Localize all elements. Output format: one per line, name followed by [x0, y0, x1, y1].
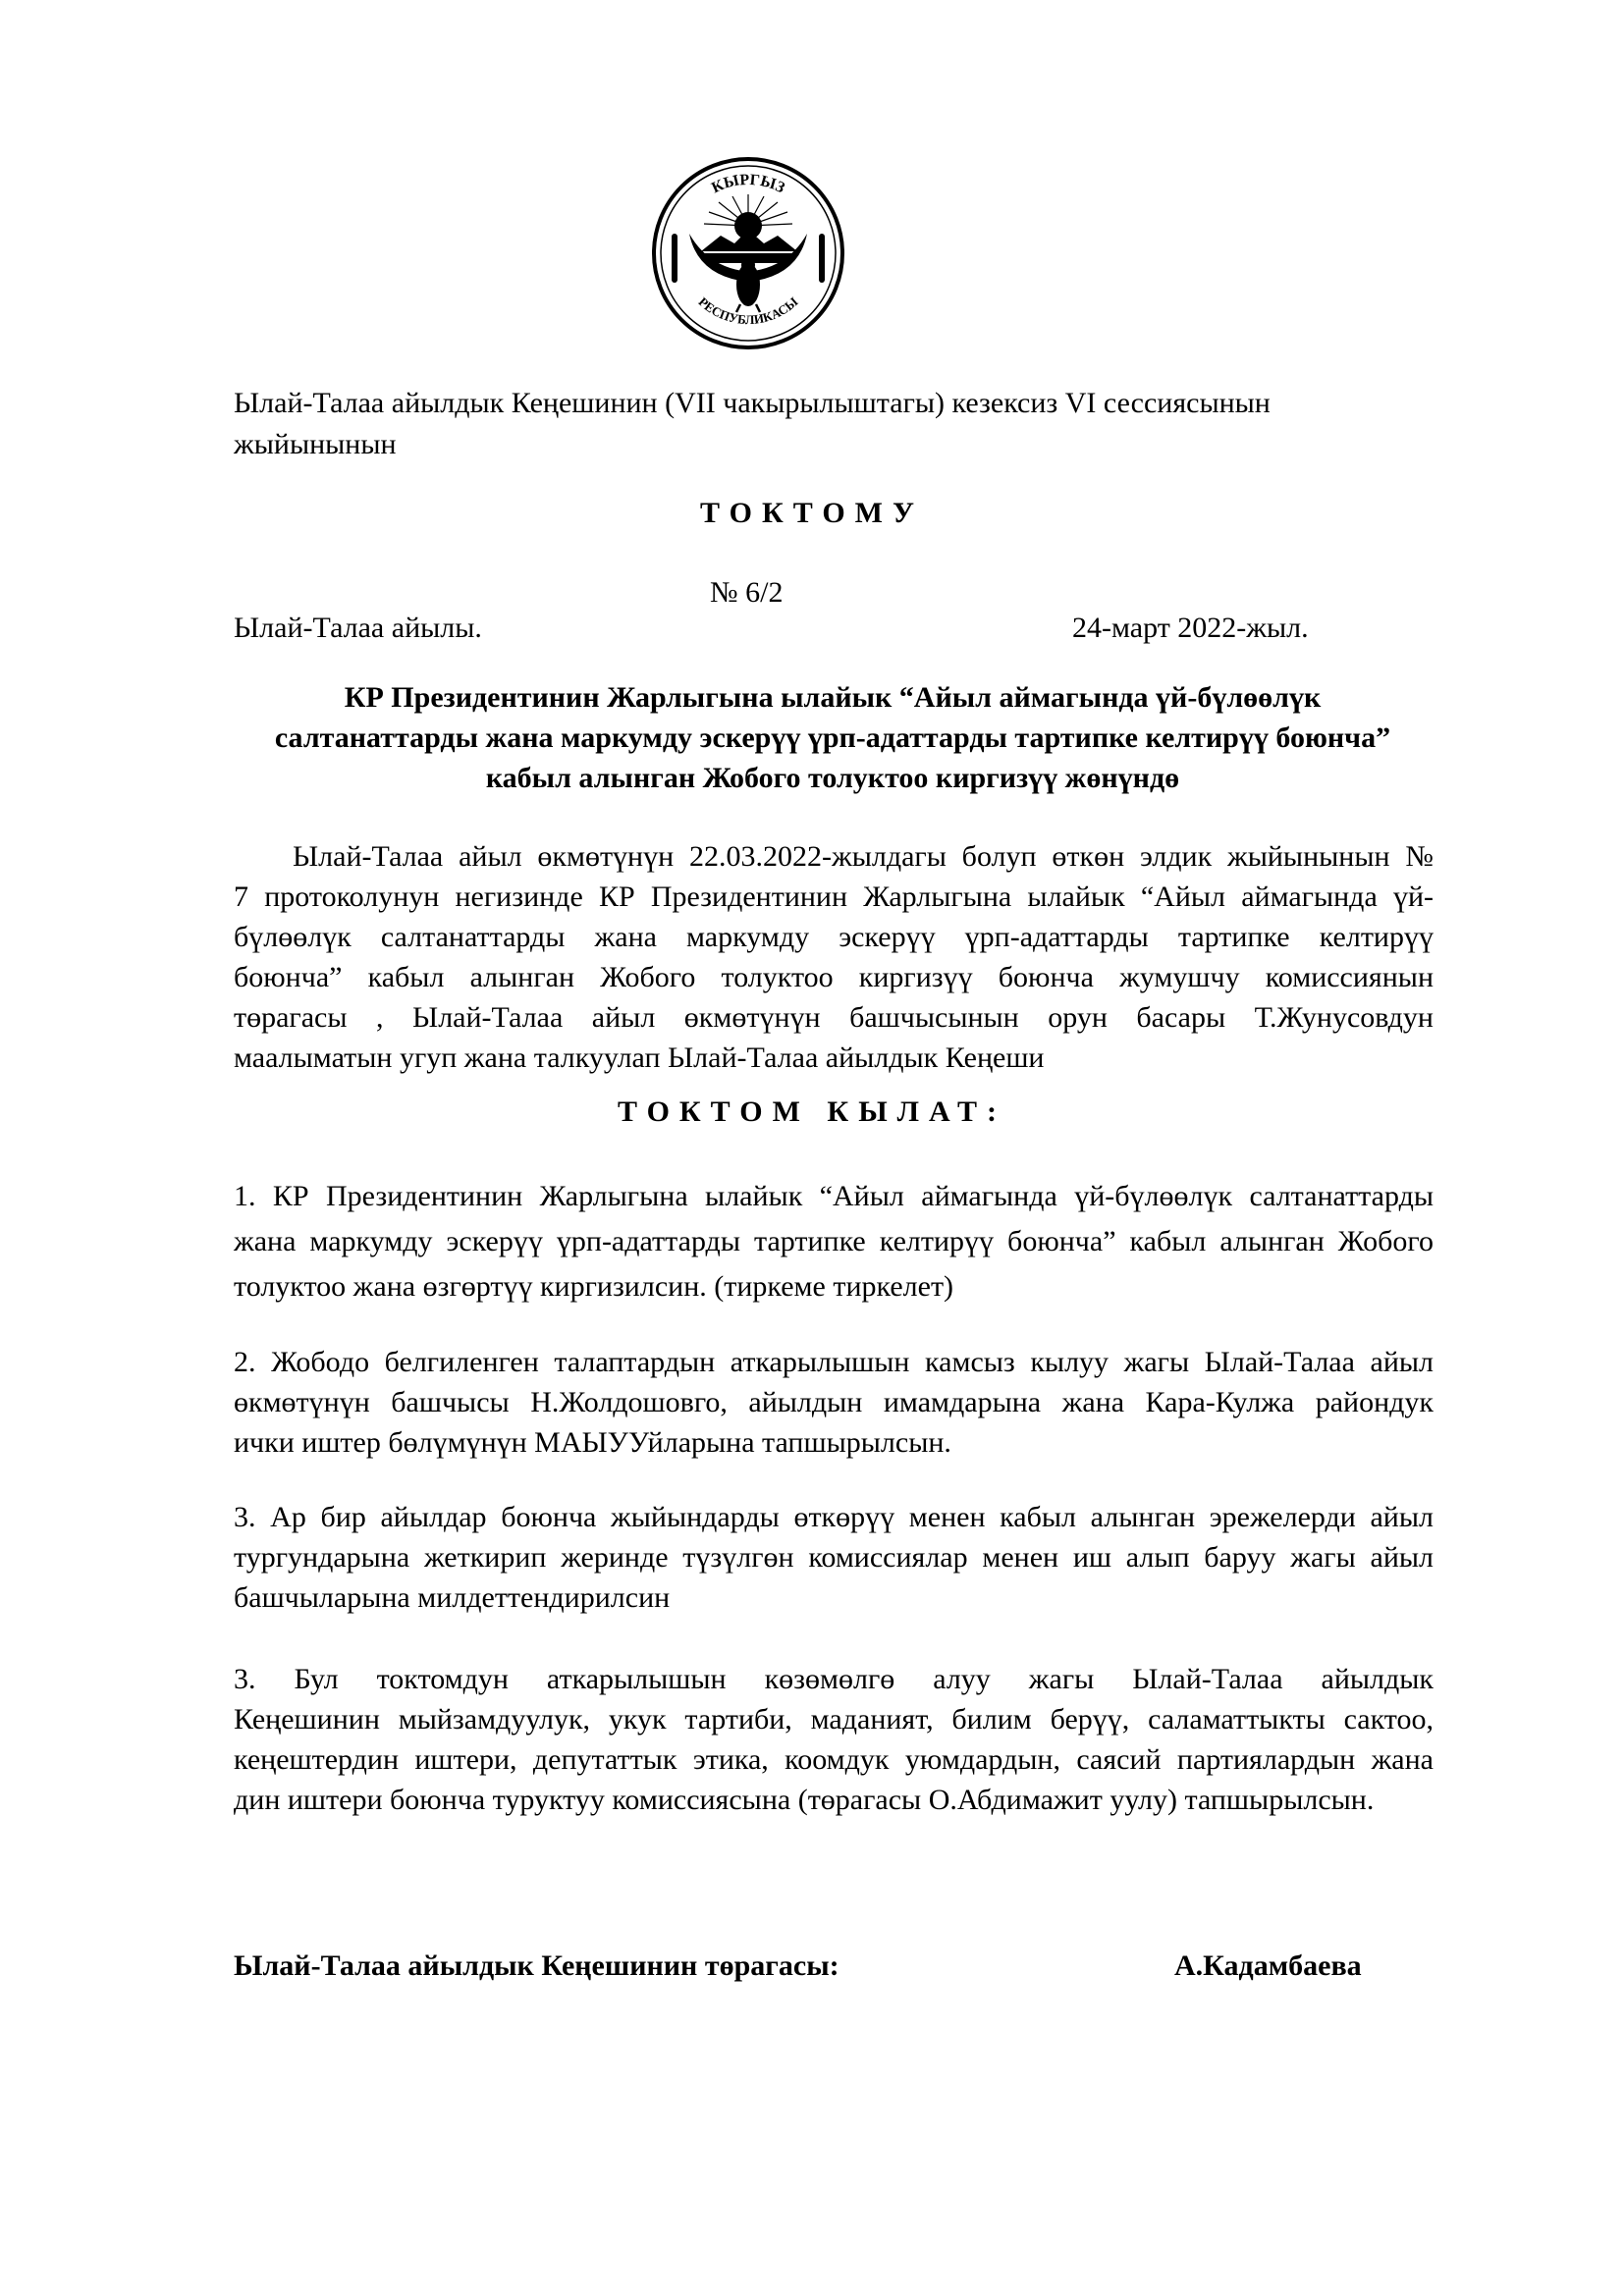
- subject-line: кабыл алынган Жобого толуктоо киргизүү ж…: [234, 758, 1432, 798]
- item-line: дин иштери боюнча туруктуу комиссиясына …: [234, 1780, 1434, 1820]
- document-number: № 6/2: [710, 573, 783, 613]
- item-line: 3. Бул токтомдун аткарылышын көзөмөлгө а…: [234, 1659, 1434, 1699]
- issuer-line: Ылай-Талаа айылдык Кеңешинин (VII чакыры…: [234, 383, 1412, 465]
- document-place: Ылай-Талаа айылы.: [234, 609, 482, 648]
- preamble-line: боюнча” кабыл алынган Жобого толуктоо ки…: [234, 957, 1434, 997]
- signature-title: Ылай-Талаа айылдык Кеңешинин төрагасы:: [234, 1949, 839, 1983]
- item-line: өкмөтүнүн башчысы Н.Жолдошовго, айылдын …: [234, 1382, 1434, 1422]
- preamble-line: маалыматын угуп жана талкуулап Ылай-Тала…: [234, 1038, 1434, 1078]
- item-line: толуктоо жана өзгөртүү киргизилсин. (тир…: [234, 1264, 1434, 1309]
- decree-heading: ТОКТОМ КЫЛАТ:: [0, 1095, 1624, 1129]
- preamble-line: 7 протоколунун негизинде КР Президентини…: [234, 877, 1434, 917]
- document-date: 24-март 2022-жыл.: [1072, 609, 1309, 648]
- decree-item-1: 1. КР Президентинин Жарлыгына ылайык “Ай…: [234, 1174, 1434, 1309]
- item-line: тургундарына жеткирип жеринде түзүлгөн к…: [234, 1537, 1434, 1577]
- item-line: 3. Ар бир айылдар боюнча жыйындарды өткө…: [234, 1497, 1434, 1537]
- preamble-paragraph: Ылай-Талаа айыл өкмөтүнүн 22.03.2022-жыл…: [234, 836, 1434, 1078]
- subject-line: КР Президентинин Жарлыгына ылайык “Айыл …: [234, 677, 1432, 718]
- item-line: 2. Жободо белгиленген талаптардын аткары…: [234, 1342, 1434, 1382]
- document-subject: КР Президентинин Жарлыгына ылайык “Айыл …: [234, 677, 1432, 798]
- preamble-line: Ылай-Талаа айыл өкмөтүнүн 22.03.2022-жыл…: [234, 836, 1434, 877]
- preamble-line: бүлөөлүк салтанаттарды жана маркумду эск…: [234, 917, 1434, 957]
- signature-name: А.Кадамбаева: [1174, 1949, 1362, 1983]
- item-line: жана маркумду эскерүү үрп-адаттарды тарт…: [234, 1219, 1434, 1264]
- item-line: 1. КР Президентинин Жарлыгына ылайык “Ай…: [234, 1174, 1434, 1219]
- decree-item-3: 3. Ар бир айылдар боюнча жыйындарды өткө…: [234, 1497, 1434, 1618]
- item-line: Кеңешинин мыйзамдуулук, укук тартиби, ма…: [234, 1699, 1434, 1739]
- preamble-line: төрагасы , Ылай-Талаа айыл өкмөтүнүн баш…: [234, 997, 1434, 1038]
- item-line: башчыларына милдеттендирилсин: [234, 1577, 1434, 1618]
- document-page: КЫРГЫЗ РЕСПУБЛИКАСЫ Ылай-Талаа айылдык К…: [0, 0, 1624, 2296]
- state-emblem-icon: КЫРГЫЗ РЕСПУБЛИКАСЫ: [650, 155, 846, 351]
- decree-item-4: 3. Бул токтомдун аткарылышын көзөмөлгө а…: [234, 1659, 1434, 1820]
- document-title: ТОКТОМУ: [0, 497, 1624, 530]
- subject-line: салтанаттарды жана маркумду эскерүү үрп-…: [234, 718, 1432, 758]
- item-line: ички иштер бөлүмүнүн МАЫУУйларына тапшыр…: [234, 1422, 1434, 1463]
- item-line: кеңештердин иштери, депутаттык этика, ко…: [234, 1739, 1434, 1780]
- decree-item-2: 2. Жободо белгиленген талаптардын аткары…: [234, 1342, 1434, 1463]
